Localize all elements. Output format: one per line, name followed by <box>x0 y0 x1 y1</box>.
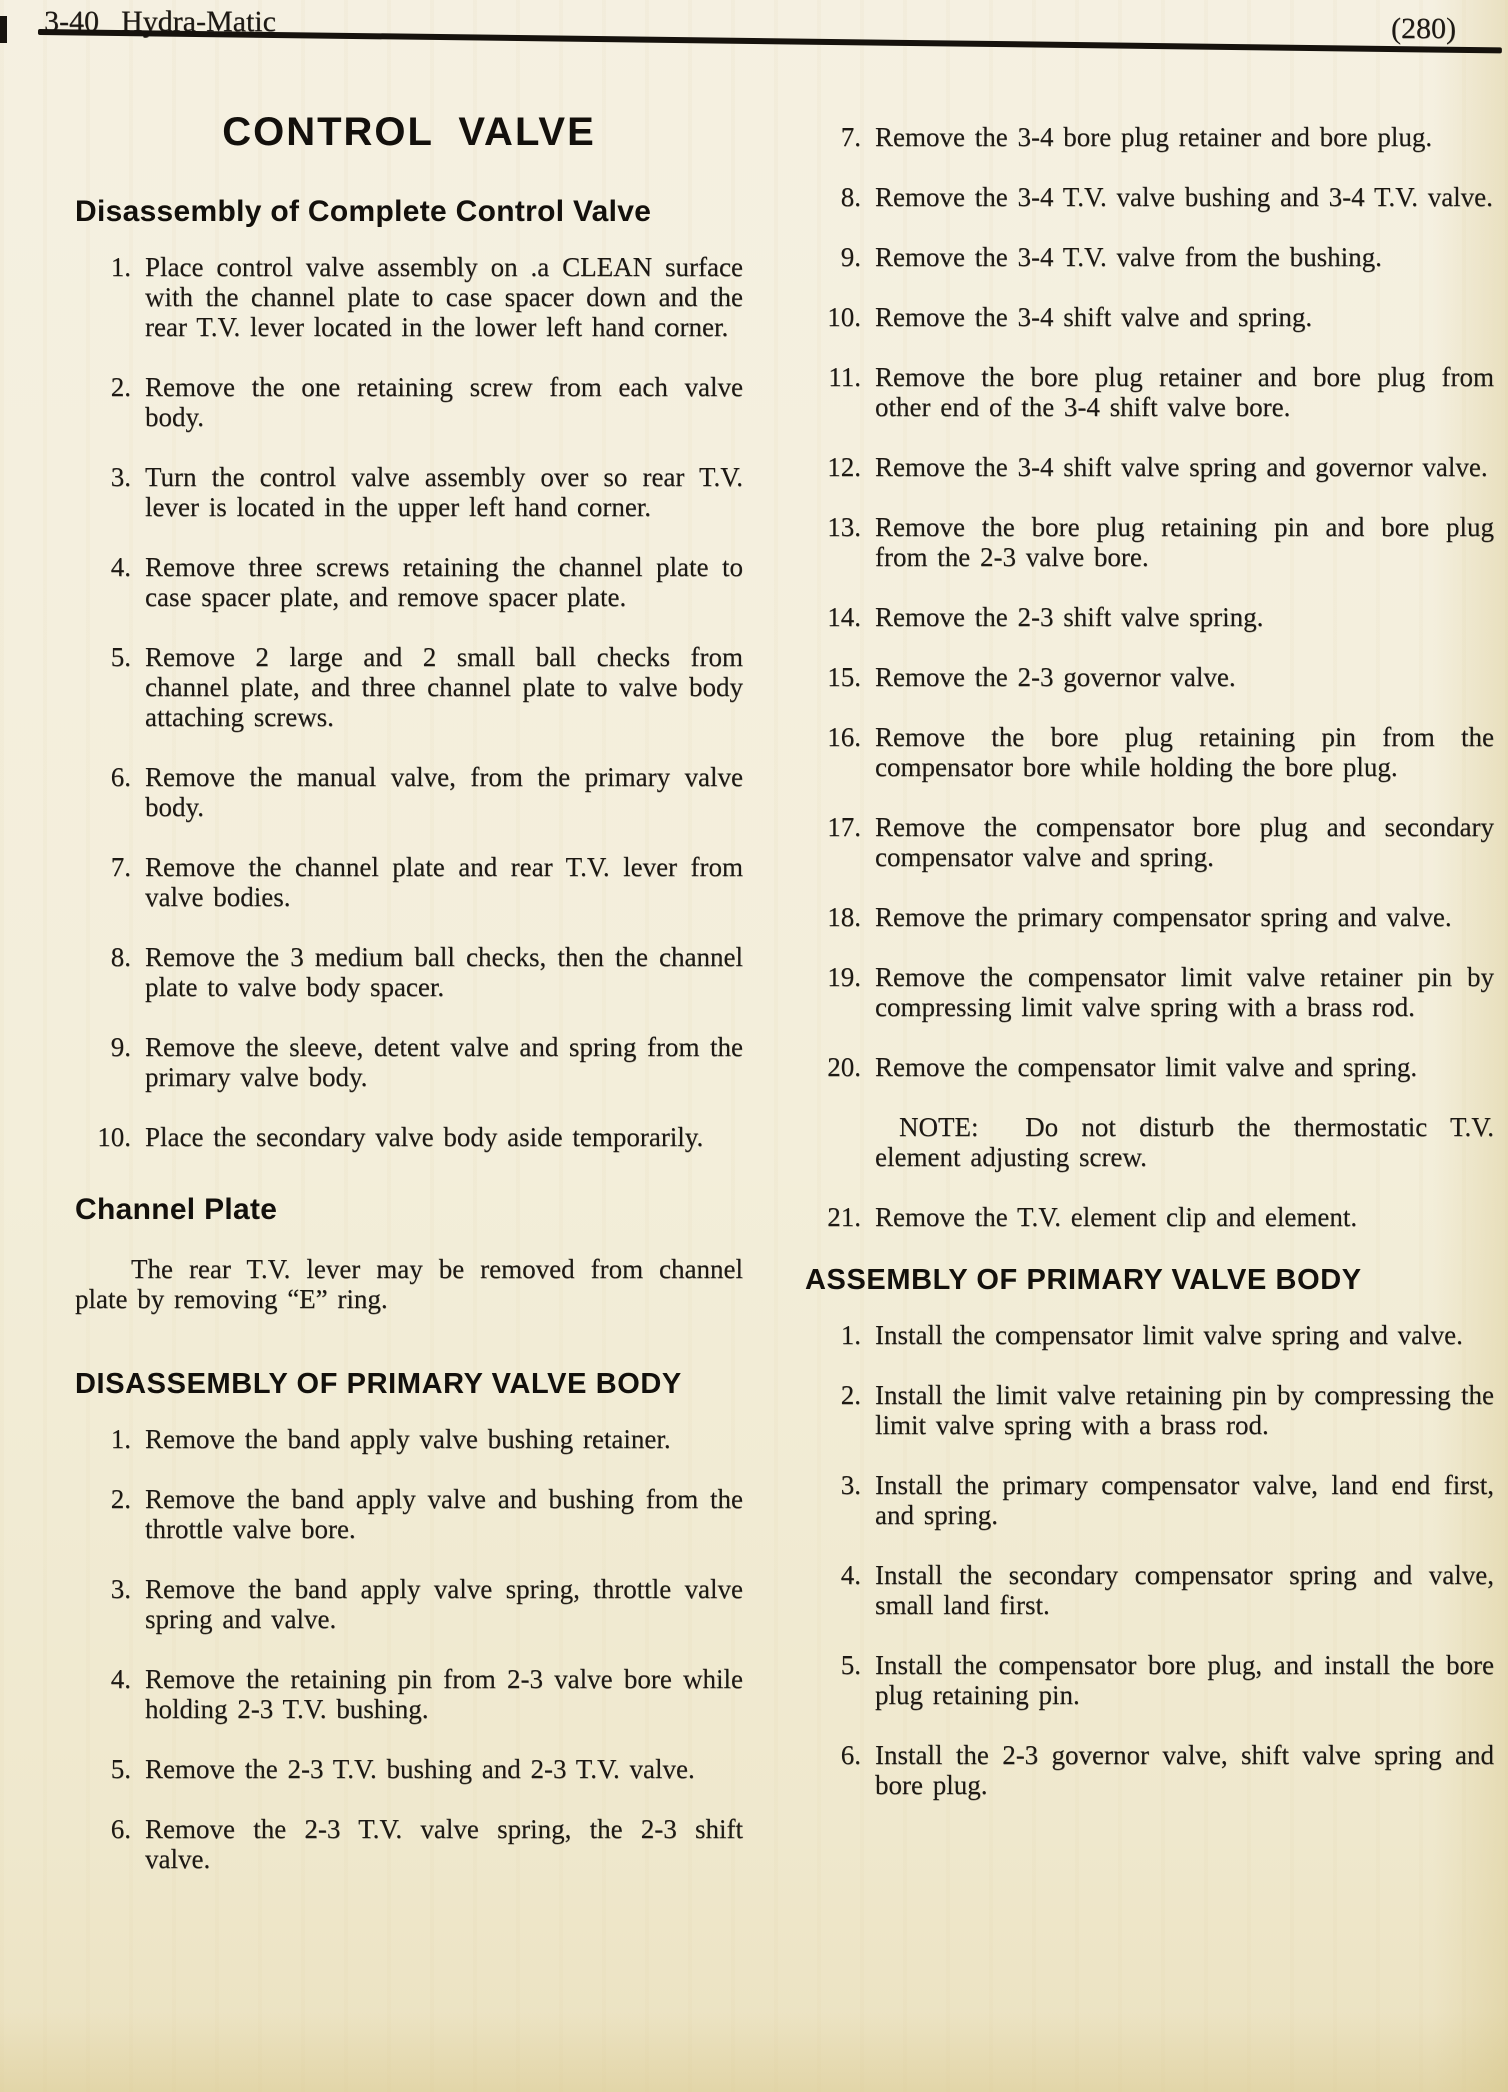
step-text: Remove the 2-3 governor valve. <box>861 662 1494 692</box>
step-text: Install the compensator limit valve spri… <box>861 1320 1494 1350</box>
step-number: 6. <box>75 1814 131 1874</box>
procedure-step: 6.Install the 2-3 governor valve, shift … <box>805 1740 1494 1800</box>
step-text: Install the 2-3 governor valve, shift va… <box>861 1740 1494 1800</box>
step-text: Install the primary compensator valve, l… <box>861 1470 1494 1530</box>
step-text: Remove the 3-4 T.V. valve from the bushi… <box>861 242 1494 272</box>
procedure-step: 5.Remove the 2-3 T.V. bushing and 2-3 T.… <box>75 1754 743 1784</box>
step-text: Turn the control valve assembly over so … <box>131 462 743 522</box>
step-list-disassembly-primary-last: 21.Remove the T.V. element clip and elem… <box>805 1202 1494 1232</box>
step-number: 8. <box>75 942 131 1002</box>
procedure-step: 17.Remove the compensator bore plug and … <box>805 812 1494 872</box>
step-text: Remove the 3 medium ball checks, then th… <box>131 942 743 1002</box>
procedure-step: 13.Remove the bore plug retaining pin an… <box>805 512 1494 572</box>
procedure-step: 11.Remove the bore plug retainer and bor… <box>805 362 1494 422</box>
step-text: Install the secondary compensator spring… <box>861 1560 1494 1620</box>
section-heading-assembly-primary: ASSEMBLY OF PRIMARY VALVE BODY <box>805 1262 1494 1298</box>
step-number: 4. <box>805 1560 861 1620</box>
step-number: 5. <box>75 1754 131 1784</box>
procedure-step: 1.Place control valve assembly on .a CLE… <box>75 252 743 342</box>
step-text: Remove the bore plug retaining pin from … <box>861 722 1494 782</box>
step-text: Remove the 3-4 shift valve and spring. <box>861 302 1494 332</box>
procedure-step: 4.Remove three screws retaining the chan… <box>75 552 743 612</box>
step-number: 1. <box>75 252 131 342</box>
step-number: 3. <box>75 462 131 522</box>
step-number: 11. <box>805 362 861 422</box>
procedure-step: 4.Remove the retaining pin from 2-3 valv… <box>75 1664 743 1724</box>
column-left: CONTROL VALVE Disassembly of Complete Co… <box>75 70 743 2092</box>
step-text: Remove 2 large and 2 small ball checks f… <box>131 642 743 732</box>
step-number: 13. <box>805 512 861 572</box>
step-text: Remove the 2-3 T.V. valve spring, the 2-… <box>131 1814 743 1874</box>
procedure-step: 1.Install the compensator limit valve sp… <box>805 1320 1494 1350</box>
step-text: Remove the band apply valve bushing reta… <box>131 1424 743 1454</box>
step-text: Remove the 2-3 shift valve spring. <box>861 602 1494 632</box>
step-text: Remove the compensator limit valve and s… <box>861 1052 1494 1082</box>
procedure-step: 18.Remove the primary compensator spring… <box>805 902 1494 932</box>
procedure-step: 3.Turn the control valve assembly over s… <box>75 462 743 522</box>
step-text: Place control valve assembly on .a CLEAN… <box>131 252 743 342</box>
procedure-step: 2.Install the limit valve retaining pin … <box>805 1380 1494 1440</box>
page-number: (280) <box>1391 12 1456 46</box>
step-list-disassembly-primary: 1.Remove the band apply valve bushing re… <box>75 1424 743 1874</box>
step-list-disassembly-complete: 1.Place control valve assembly on .a CLE… <box>75 252 743 1152</box>
step-number: 3. <box>805 1470 861 1530</box>
step-number: 2. <box>75 1484 131 1544</box>
step-text: Remove the 3-4 T.V. valve bushing and 3-… <box>861 182 1494 212</box>
step-text: Remove the 2-3 T.V. bushing and 2-3 T.V.… <box>131 1754 743 1784</box>
section-heading-disassembly-complete: Disassembly of Complete Control Valve <box>75 194 743 230</box>
procedure-step: 8.Remove the 3-4 T.V. valve bushing and … <box>805 182 1494 212</box>
procedure-step: 5.Remove 2 large and 2 small ball checks… <box>75 642 743 732</box>
step-text: Remove the retaining pin from 2-3 valve … <box>131 1664 743 1724</box>
step-number: 9. <box>75 1032 131 1092</box>
step-text: Remove the one retaining screw from each… <box>131 372 743 432</box>
note-paragraph: NOTE: Do not disturb the thermostatic T.… <box>805 1112 1494 1172</box>
step-text: Place the secondary valve body aside tem… <box>131 1122 743 1152</box>
step-number: 6. <box>75 762 131 822</box>
procedure-step: 6.Remove the manual valve, from the prim… <box>75 762 743 822</box>
step-number: 10. <box>805 302 861 332</box>
step-number: 2. <box>75 372 131 432</box>
step-text: Remove the manual valve, from the primar… <box>131 762 743 822</box>
page-columns: CONTROL VALVE Disassembly of Complete Co… <box>75 70 1494 2092</box>
column-right: 7.Remove the 3-4 bore plug retainer and … <box>805 70 1494 2092</box>
procedure-step: 5.Install the compensator bore plug, and… <box>805 1650 1494 1710</box>
page-title: CONTROL VALVE <box>75 110 743 154</box>
step-text: Install the limit valve retaining pin by… <box>861 1380 1494 1440</box>
procedure-step: 20.Remove the compensator limit valve an… <box>805 1052 1494 1082</box>
procedure-step: 2.Remove the one retaining screw from ea… <box>75 372 743 432</box>
step-number: 2. <box>805 1380 861 1440</box>
step-number: 12. <box>805 452 861 482</box>
step-text: Install the compensator bore plug, and i… <box>861 1650 1494 1710</box>
step-number: 14. <box>805 602 861 632</box>
step-number: 1. <box>75 1424 131 1454</box>
step-number: 3. <box>75 1574 131 1634</box>
step-number: 4. <box>75 1664 131 1724</box>
procedure-step: 7.Remove the 3-4 bore plug retainer and … <box>805 122 1494 152</box>
step-text: Remove the sleeve, detent valve and spri… <box>131 1032 743 1092</box>
step-number: 18. <box>805 902 861 932</box>
step-text: Remove the compensator limit valve retai… <box>861 962 1494 1022</box>
procedure-step: 15.Remove the 2-3 governor valve. <box>805 662 1494 692</box>
step-number: 10. <box>75 1122 131 1152</box>
step-text: Remove three screws retaining the channe… <box>131 552 743 612</box>
step-number: 8. <box>805 182 861 212</box>
step-number: 4. <box>75 552 131 612</box>
step-text: Remove the 3-4 bore plug retainer and bo… <box>861 122 1494 152</box>
scan-edge-mark <box>0 16 7 43</box>
step-number: 9. <box>805 242 861 272</box>
manual-page: 3-40Hydra-Matic (280) CONTROL VALVE Disa… <box>0 0 1508 2092</box>
step-number: 15. <box>805 662 861 692</box>
procedure-step: 16.Remove the bore plug retaining pin fr… <box>805 722 1494 782</box>
step-number: 19. <box>805 962 861 1022</box>
step-list-assembly-primary: 1.Install the compensator limit valve sp… <box>805 1320 1494 1800</box>
procedure-step: 3.Install the primary compensator valve,… <box>805 1470 1494 1530</box>
step-number: 1. <box>805 1320 861 1350</box>
step-text: Remove the bore plug retainer and bore p… <box>861 362 1494 422</box>
procedure-step: 1.Remove the band apply valve bushing re… <box>75 1424 743 1454</box>
step-text: Remove the band apply valve and bushing … <box>131 1484 743 1544</box>
step-text: Remove the bore plug retaining pin and b… <box>861 512 1494 572</box>
step-number: 16. <box>805 722 861 782</box>
procedure-step: 21.Remove the T.V. element clip and elem… <box>805 1202 1494 1232</box>
procedure-step: 2.Remove the band apply valve and bushin… <box>75 1484 743 1544</box>
procedure-step: 12.Remove the 3-4 shift valve spring and… <box>805 452 1494 482</box>
procedure-step: 9.Remove the 3-4 T.V. valve from the bus… <box>805 242 1494 272</box>
step-number: 6. <box>805 1740 861 1800</box>
procedure-step: 6.Remove the 2-3 T.V. valve spring, the … <box>75 1814 743 1874</box>
step-text: Remove the compensator bore plug and sec… <box>861 812 1494 872</box>
step-text: Remove the channel plate and rear T.V. l… <box>131 852 743 912</box>
procedure-step: 3.Remove the band apply valve spring, th… <box>75 1574 743 1634</box>
procedure-step: 14.Remove the 2-3 shift valve spring. <box>805 602 1494 632</box>
step-text: Remove the T.V. element clip and element… <box>861 1202 1494 1232</box>
step-list-disassembly-primary-continued: 7.Remove the 3-4 bore plug retainer and … <box>805 122 1494 1082</box>
procedure-step: 19.Remove the compensator limit valve re… <box>805 962 1494 1022</box>
step-text: Remove the 3-4 shift valve spring and go… <box>861 452 1494 482</box>
procedure-step: 10.Place the secondary valve body aside … <box>75 1122 743 1152</box>
section-heading-channel-plate: Channel Plate <box>75 1192 743 1228</box>
step-number: 7. <box>75 852 131 912</box>
step-number: 20. <box>805 1052 861 1082</box>
step-number: 5. <box>805 1650 861 1710</box>
channel-plate-paragraph: The rear T.V. lever may be removed from … <box>75 1254 743 1314</box>
procedure-step: 4.Install the secondary compensator spri… <box>805 1560 1494 1620</box>
header-rule <box>38 29 1502 53</box>
procedure-step: 8.Remove the 3 medium ball checks, then … <box>75 942 743 1002</box>
step-number: 5. <box>75 642 131 732</box>
step-number: 7. <box>805 122 861 152</box>
step-text: Remove the band apply valve spring, thro… <box>131 1574 743 1634</box>
section-heading-disassembly-primary: DISASSEMBLY OF PRIMARY VALVE BODY <box>75 1366 743 1402</box>
step-number: 17. <box>805 812 861 872</box>
procedure-step: 10.Remove the 3-4 shift valve and spring… <box>805 302 1494 332</box>
procedure-step: 9.Remove the sleeve, detent valve and sp… <box>75 1032 743 1092</box>
procedure-step: 7.Remove the channel plate and rear T.V.… <box>75 852 743 912</box>
step-number: 21. <box>805 1202 861 1232</box>
step-text: Remove the primary compensator spring an… <box>861 902 1494 932</box>
